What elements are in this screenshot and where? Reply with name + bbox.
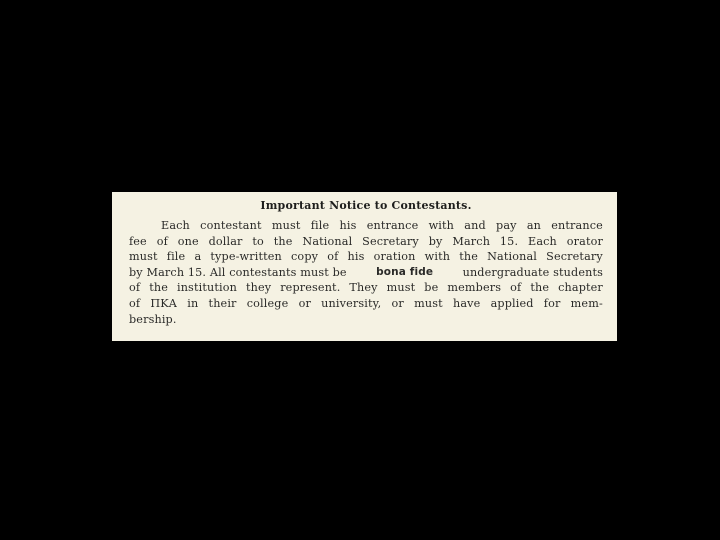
notice-line-7: bership.: [129, 312, 603, 328]
notice-line-2: feeofonedollartotheNationalSecretarybyMa…: [129, 234, 603, 250]
notice-line-3: mustfileatype-writtencopyofhisorationwit…: [129, 249, 603, 265]
notice-clipping: Important Notice to Contestants. Eachcon…: [112, 192, 617, 341]
notice-line-1: Eachcontestantmustfilehisentrancewithand…: [129, 218, 603, 234]
notice-line-6: ofΠΚΑintheircollegeoruniversity,ormustha…: [129, 296, 603, 312]
notice-title: Important Notice to Contestants.: [129, 199, 603, 212]
bona-fide-phrase: bona fide: [376, 265, 433, 281]
notice-line-5: oftheinstitutiontheyrepresent.Theymustbe…: [129, 280, 603, 296]
notice-line-4-tail: undergraduate students: [463, 265, 603, 281]
notice-line-4: by March 15. All contestants must be bon…: [129, 265, 603, 281]
notice-line-4-head: by March 15. All contestants must be: [129, 265, 347, 281]
